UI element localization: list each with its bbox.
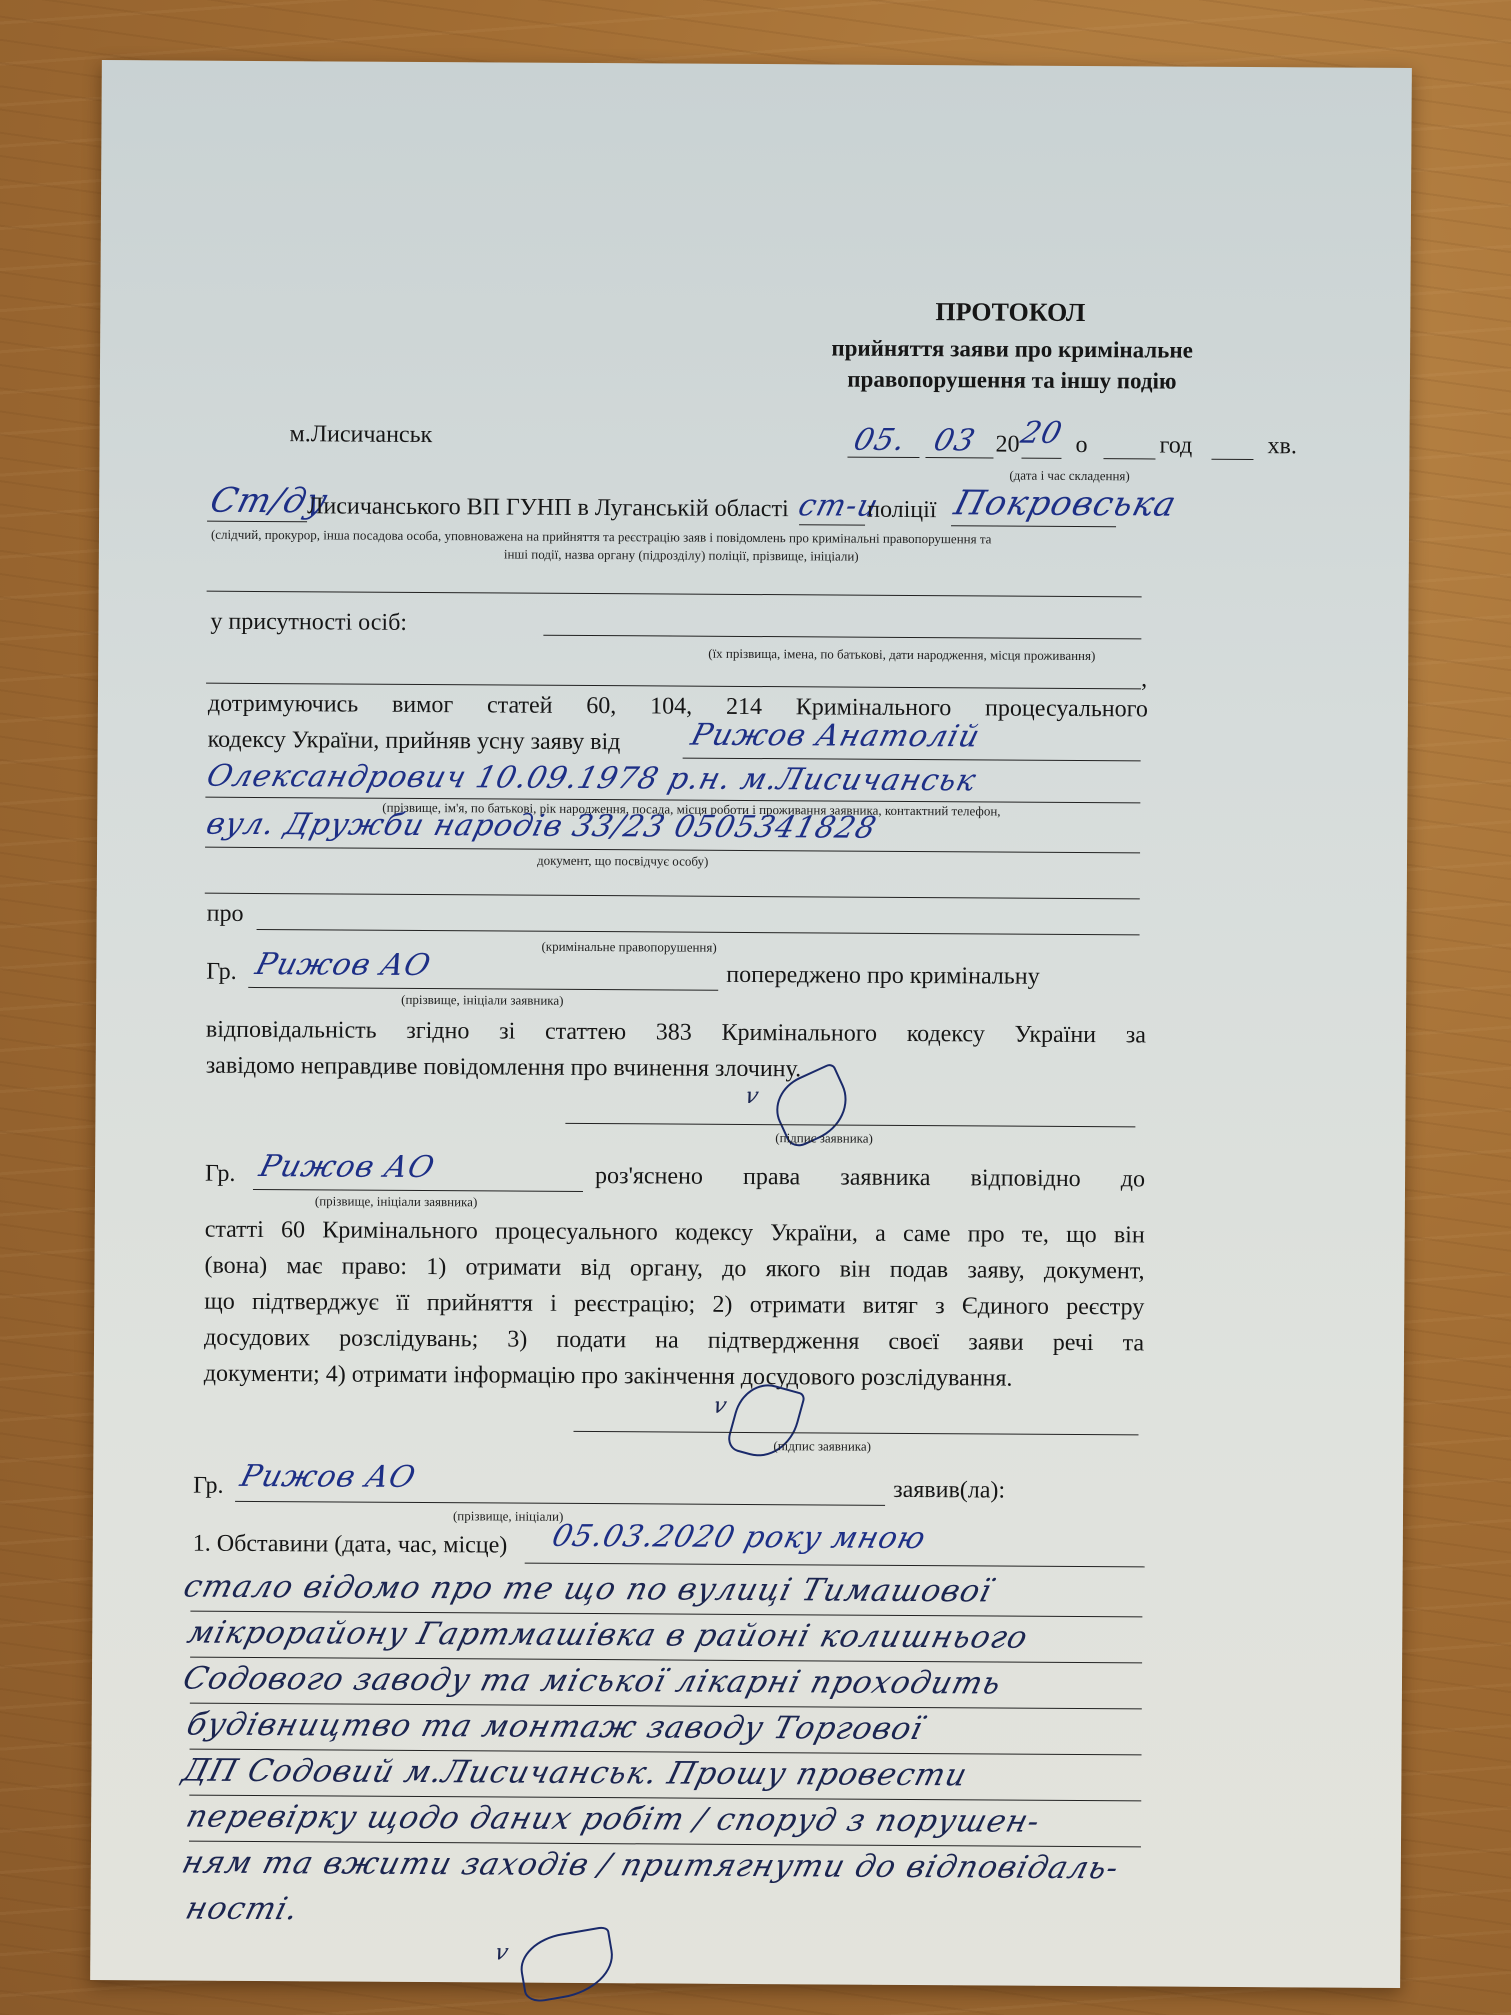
protocol-document: ПРОТОКОЛ прийняття заяви про кримінальне… <box>90 60 1412 1988</box>
presence-comma: , <box>1141 666 1147 693</box>
applicant-details-handwritten: Олександрович 10.09.1978 р.н. м.Лисичанс… <box>203 759 980 799</box>
warning-line2: відповідальність згідно зі статтею 383 К… <box>206 1017 1146 1050</box>
about-caption: (кримінальне правопорушення) <box>541 939 716 956</box>
circumstances-label: 1. Обставини (дата, час, місце) <box>193 1531 508 1560</box>
rights-caption: (прізвище, ініціали заявника) <box>315 1193 478 1210</box>
warning-line3: завідомо неправдиве повідомлення про вчи… <box>206 1053 802 1084</box>
check-mark: v <box>742 1084 762 1109</box>
date-year-prefix: 20 <box>995 431 1019 458</box>
statement-handwritten-line: мікрорайону Гартмашівка в районі колишнь… <box>184 1615 1032 1656</box>
statement-text: заявив(ла): <box>893 1477 1005 1505</box>
statement-name-handwritten: Рижов АО <box>237 1459 420 1495</box>
statement-handwritten-line: Содового заводу та міської лікарні прохо… <box>179 1661 1005 1702</box>
about-label: про <box>207 901 244 928</box>
officer-caption-line2: інші події, назва органу (підрозділу) по… <box>504 546 859 564</box>
presence-label: у присутності осіб: <box>210 609 407 637</box>
officer-caption-line1: (слідчий, прокурор, інша посадова особа,… <box>211 527 992 548</box>
statement-handwritten-line: ності. <box>182 1891 303 1928</box>
officer-name-handwritten: Покровська <box>950 483 1181 524</box>
check-mark: v <box>492 1940 512 1965</box>
warning-text: попереджено про кримінальну <box>726 962 1039 991</box>
presence-caption: (їх прізвища, імена, по батькові, дати н… <box>708 646 1095 664</box>
signature-caption-2: (підпис заявника) <box>773 1438 871 1455</box>
rights-text: роз'яснено права заявника відповідно до <box>595 1163 1145 1193</box>
rights-line: (вона) має право: 1) отримати від органу… <box>204 1253 1144 1286</box>
date-caption: (дата і час складення) <box>1009 468 1129 485</box>
rights-name-handwritten: Рижов АО <box>256 1149 439 1185</box>
rights-line: документи; 4) отримати інформацію про за… <box>204 1361 1013 1393</box>
applicant-address-handwritten: вул. Дружби народів 33/23 0505341828 <box>203 807 881 846</box>
statement-handwritten-line: стало відомо про те що по вулиці Тимашов… <box>180 1569 996 1610</box>
warning-prefix: Гр. <box>206 959 237 986</box>
date-at: о <box>1075 432 1087 459</box>
signature-caption-1: (підпис заявника) <box>775 1130 873 1147</box>
document-subtitle-line1: прийняття заяви про кримінальне <box>712 332 1312 367</box>
document-subtitle-line2: правопорушення та іншу подію <box>712 363 1312 398</box>
statement-handwritten-line: перевірку щодо даних робіт / споруд з по… <box>183 1799 1045 1840</box>
check-mark: v <box>710 1394 730 1419</box>
police-label: поліції <box>867 497 937 524</box>
rights-line: що підтверджує її прийняття і реєстрацію… <box>204 1289 1144 1322</box>
document-title: ПРОТОКОЛ <box>710 296 1310 330</box>
compliance-line2: кодексу України, прийняв усну заяву від <box>208 727 621 757</box>
statement-handwritten-line: будівництво та монтаж заводу Торгової <box>183 1707 927 1747</box>
rights-prefix: Гр. <box>205 1161 236 1188</box>
minute-label: хв. <box>1267 433 1297 460</box>
hour-label: год <box>1159 432 1192 459</box>
warning-name-handwritten: Рижов АО <box>252 947 435 983</box>
applicant-name-handwritten: Рижов Анатолій <box>687 718 983 755</box>
city: м.Лисичанськ <box>290 421 433 449</box>
date-year-suffix: 20 <box>1017 416 1066 451</box>
statement-handwritten-line: ДП Содовий м.Лисичанськ. Прошу провести <box>179 1753 971 1794</box>
date-day: 05. <box>850 423 910 458</box>
date-month: 03 <box>930 423 979 458</box>
officer-unit: Лисичанського ВП ГУНП в Луганській облас… <box>307 493 789 523</box>
rights-line: досудових розслідувань; 3) подати на під… <box>204 1325 1144 1358</box>
warning-caption: (прізвище, ініціали заявника) <box>401 992 564 1009</box>
statement-prefix: Гр. <box>193 1473 224 1500</box>
circumstances-first-line: 05.03.2020 року мною <box>548 1519 929 1556</box>
compliance-line1: дотримуючись вимог статей 60, 104, 214 К… <box>208 691 1148 724</box>
rights-line: статті 60 Кримінального процесуального к… <box>205 1217 1145 1250</box>
statement-handwritten-line: ням та вжити заходів / притягнути до від… <box>178 1845 1123 1887</box>
statement-caption: (прізвище, ініціали) <box>453 1508 563 1525</box>
document-id-caption: документ, що посвідчує особу) <box>537 853 708 870</box>
